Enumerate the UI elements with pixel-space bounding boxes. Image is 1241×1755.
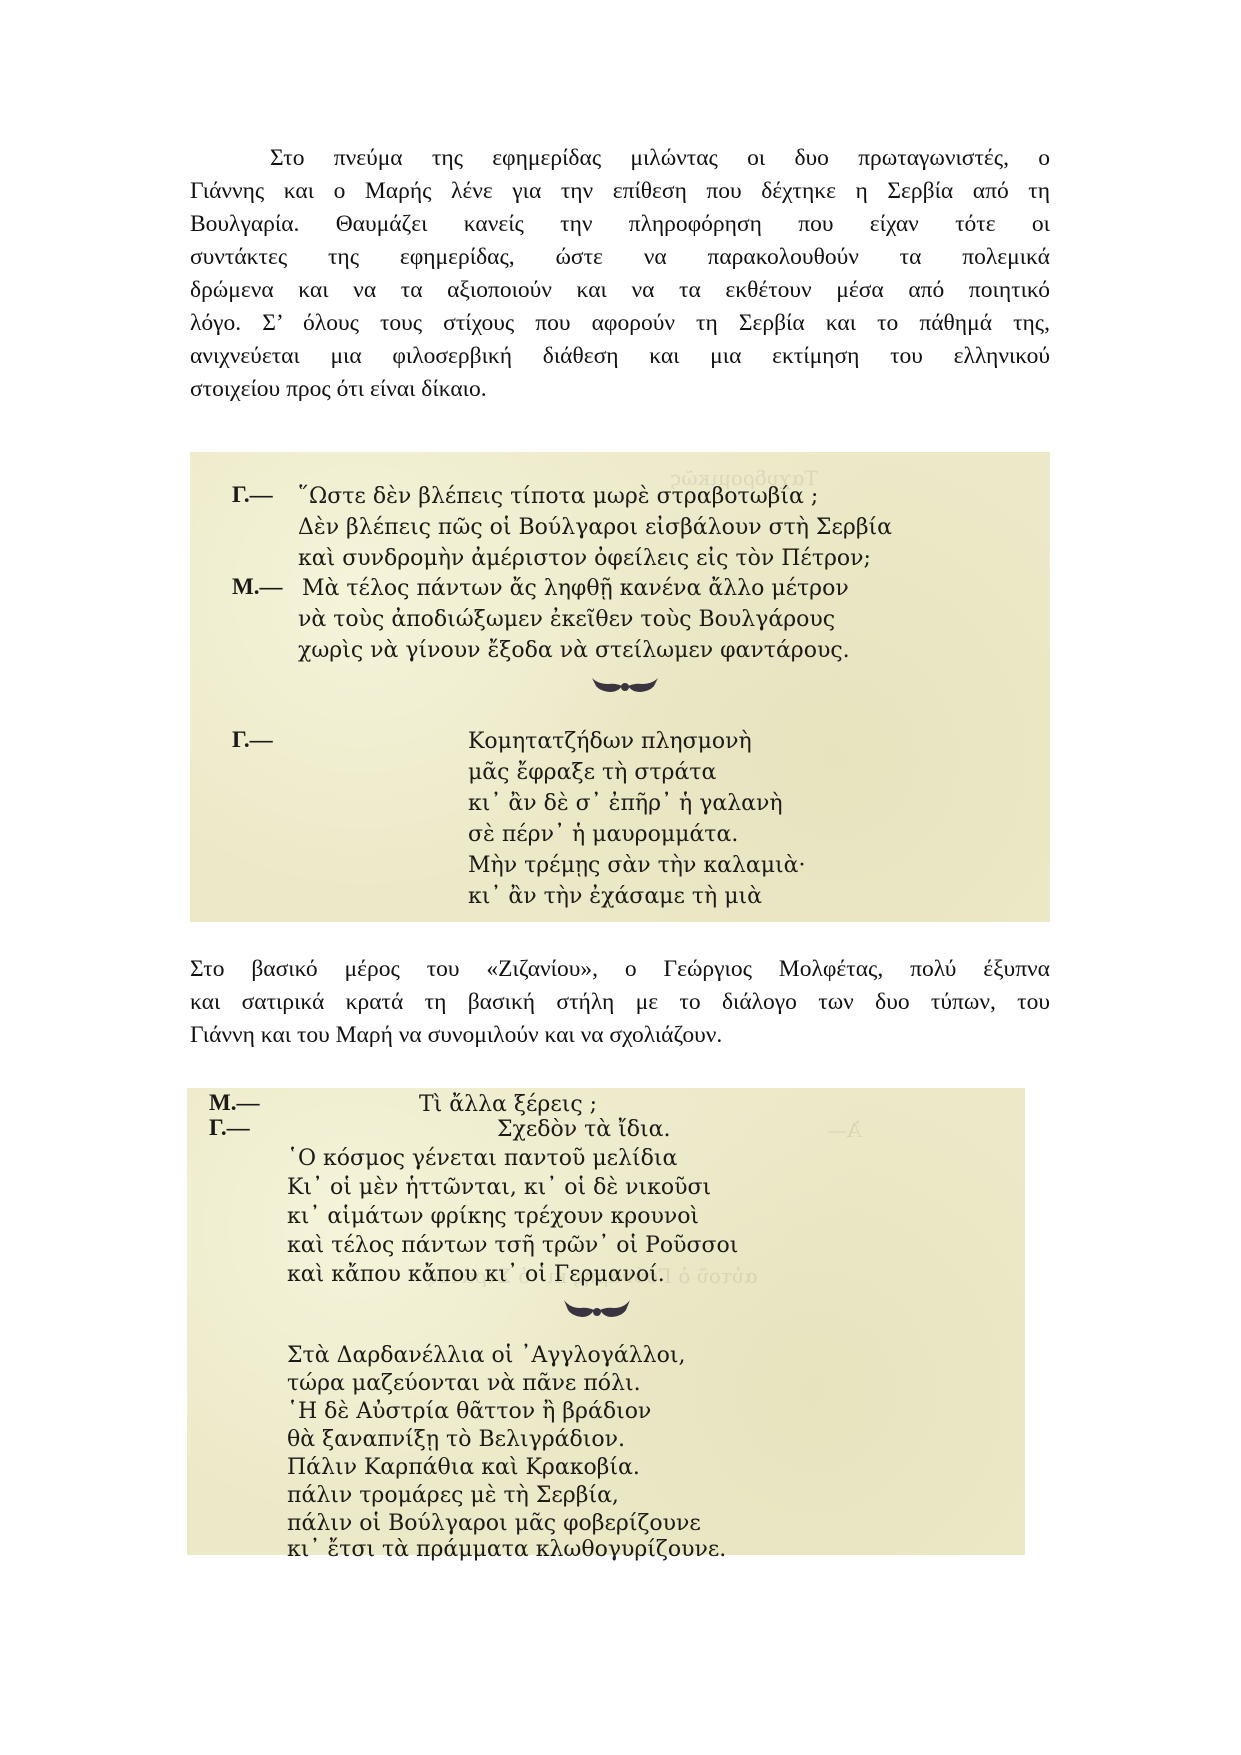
verse-line: τώρα μαζεύονται νὰ πᾶνε πόλι. — [287, 1369, 641, 1399]
verse-line: Μὴν τρέμῃς σὰν τὴν καλαμιὰ· — [468, 851, 806, 881]
verse-line: Κι᾿ οἱ μὲν ἡττῶνται, κι᾿ οἱ δὲ νικοῦσι — [287, 1173, 711, 1203]
speaker-label: Γ.— — [209, 1115, 250, 1141]
verse-line: Στὰ Δαρδανέλλια οἱ ᾿Αγγλογάλλοι, — [287, 1341, 685, 1371]
text-line: και σατιρικά κρατά τη βασική στήλη με το… — [190, 986, 1050, 1019]
verse-line: μᾶς ἔφραξε τὴ στράτα — [468, 758, 716, 788]
speaker-label: Μ.— — [209, 1090, 259, 1116]
fleuron-ornament-icon — [562, 1298, 632, 1320]
text-line: λόγο. Σ’ όλους τους στίχους που αφορούν … — [190, 307, 1050, 340]
verse-line: ῾Ο κόσμος γένεται παντοῦ μελίδια — [287, 1144, 677, 1174]
intro-paragraph: Στο πνεύμα της εφημερίδας μιλώντας οι δυ… — [190, 142, 1050, 406]
text-line: στοιχείου προς ότι είναι δίκαιο. — [190, 373, 1050, 406]
verse-line: χωρὶς νὰ γίνουν ἔξοδα νὰ στείλωμεν φαντά… — [298, 636, 850, 666]
text-line: Γιάννης και ο Μαρής λένε για την επίθεση… — [190, 175, 1050, 208]
verse-line: νὰ τοὺς ἀποδιώξωμεν ἐκεῖθεν τοὺς Βουλγάρ… — [298, 605, 835, 635]
middle-paragraph: Στο βασικό μέρος του «Ζιζανίου», ο Γεώργ… — [190, 953, 1050, 1052]
verse-line: Κομητατζήδων πλησμονὴ — [468, 727, 752, 757]
scanned-verse-image-2: Ἀ— αὐτοῦ ὁ Γούναρης κι᾿ ὁ Στράτος Μ.— Τὶ… — [187, 1088, 1025, 1555]
verse-line: καὶ τέλος πάντων τσῆ τρῶν᾿ οἱ Ροῦσσοι — [287, 1231, 738, 1261]
text-line: Στο πνεύμα της εφημερίδας μιλώντας οι δυ… — [190, 142, 1050, 175]
speaker-label: Μ.— — [232, 574, 282, 600]
verse-line: ῾Η δὲ Αὐστρία θᾶττον ἢ βράδιον — [287, 1397, 651, 1427]
fleuron-ornament-icon — [590, 674, 660, 696]
verse-line: θὰ ξαναπνίξῃ τὸ Βελιγράδιον. — [287, 1425, 625, 1455]
speaker-label: Γ.— — [232, 727, 273, 753]
speaker-label: Γ.— — [232, 482, 273, 508]
verse-line: κι᾿ ἂν τὴν ἐχάσαμε τὴ μιὰ — [468, 882, 762, 912]
text-line: Στο βασικό μέρος του «Ζιζανίου», ο Γεώργ… — [190, 953, 1050, 986]
verse-line: σὲ πέρν᾿ ἡ μαυρομμάτα. — [468, 820, 738, 850]
verse-line: κι᾿ αἱμάτων φρίκης τρέχουν κρουνοὶ — [287, 1202, 699, 1232]
verse-line: πάλιν τρομάρες μὲ τὴ Σερβία, — [287, 1481, 619, 1511]
verse-line: Πάλιν Καρπάθια καὶ Κρακοβία. — [287, 1453, 640, 1483]
bleed-through-text: Ἀ— — [827, 1118, 861, 1142]
text-line: Γιάννη και του Μαρή να συνομιλούν και να… — [190, 1019, 1050, 1052]
text-line: Βουλγαρία. Θαυμάζει κανείς την πληροφόρη… — [190, 208, 1050, 241]
text-line: ανιχνεύεται μια φιλοσερβική διάθεση και … — [190, 340, 1050, 373]
verse-line: καὶ συνδρομὴν ἀμέριστον ὀφείλεις εἰς τὸν… — [298, 544, 871, 574]
text-line: συντάκτες της εφημερίδας, ώστε να παρακο… — [190, 241, 1050, 274]
verse-line: Μὰ τέλος πάντων ἄς ληφθῇ κανένα ἄλλο μέτ… — [302, 574, 849, 604]
verse-line: καὶ κἄπου κἄπου κι᾿ οἱ Γερμανοί. — [287, 1260, 665, 1290]
scanned-verse-image-1: Ταχυδρομικῶς Γ.— ῞Ωστε δὲν βλέπεις τίποτ… — [190, 452, 1050, 922]
verse-line: Δὲν βλέπεις πῶς οἱ Βούλγαροι εἰσβάλουν σ… — [298, 513, 892, 543]
verse-line: ῞Ωστε δὲν βλέπεις τίποτα μωρὲ στραβοτωβί… — [298, 482, 818, 512]
text-line: δρώμενα και να τα αξιοποιούν και να τα ε… — [190, 274, 1050, 307]
verse-line: κι᾿ ἂν δὲ σ᾿ ἐπῆρ᾿ ἡ γαλανὴ — [468, 789, 783, 819]
verse-line: Σχεδὸν τὰ ἴδια. — [497, 1115, 671, 1145]
verse-line: κι᾿ ἔτσι τὰ πράμματα κλωθογυρίζουνε. — [287, 1535, 726, 1565]
